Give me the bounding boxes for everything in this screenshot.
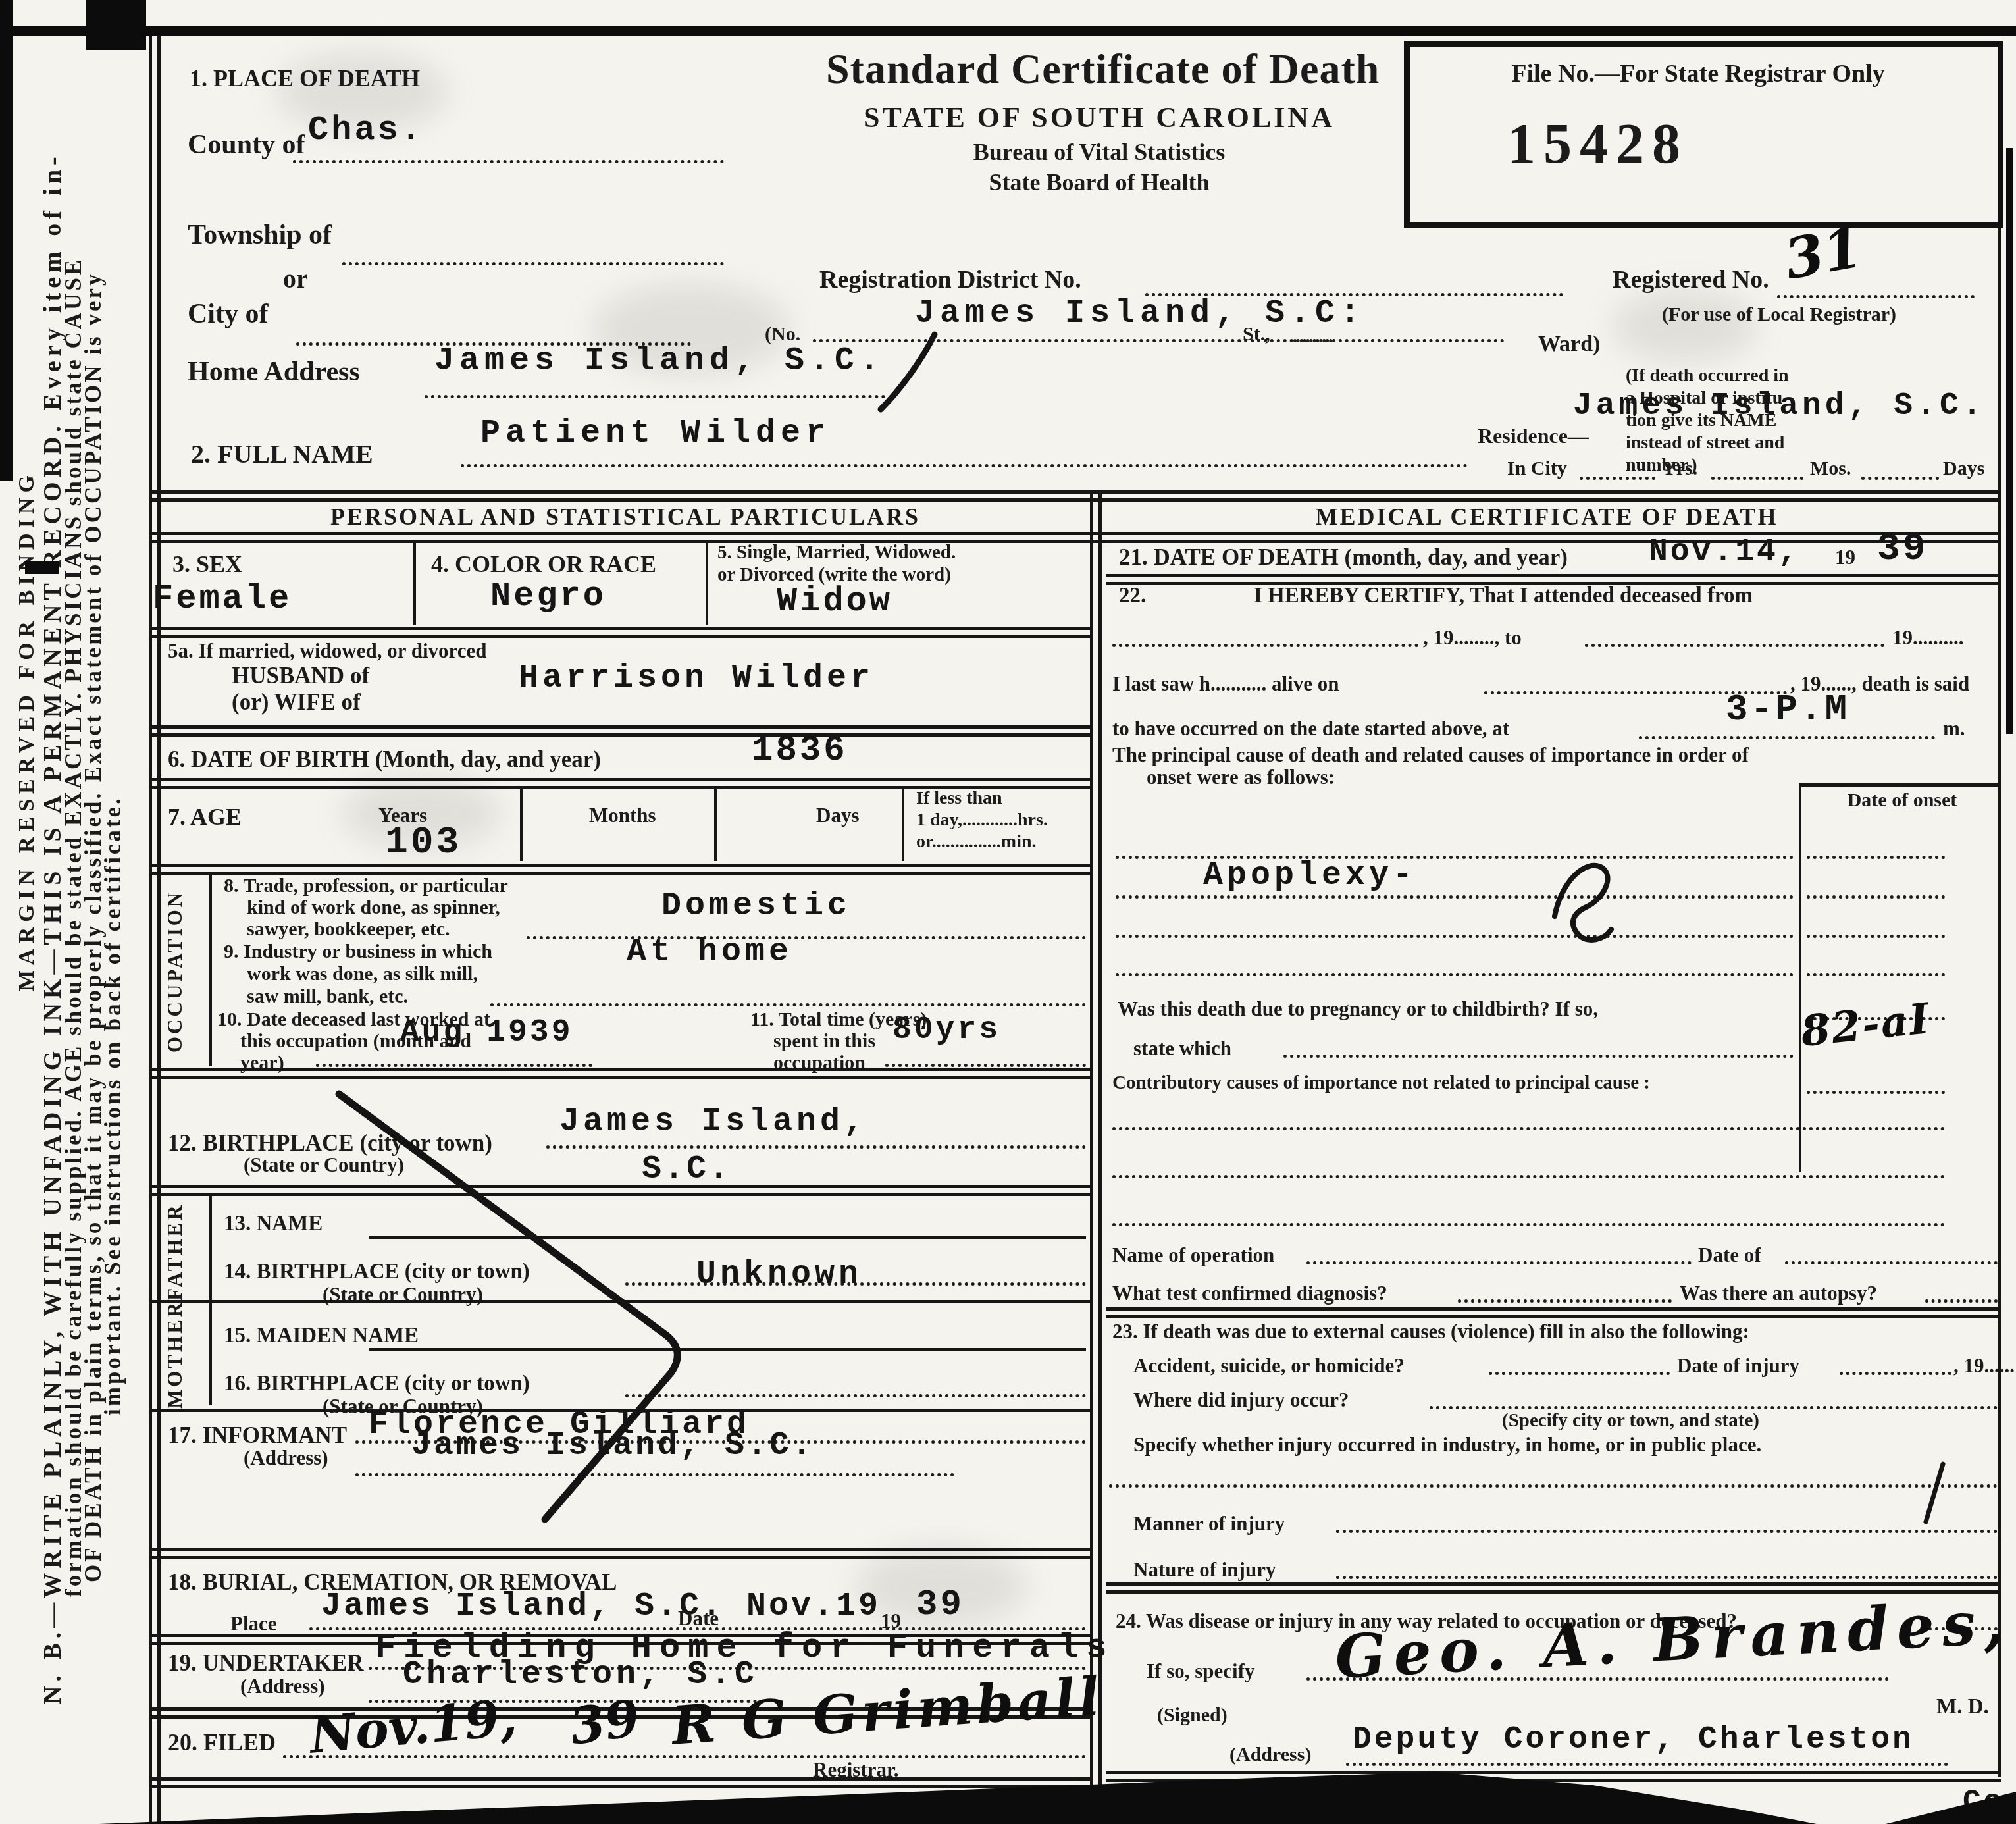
scan-left-dash [25,561,59,574]
scan-corner-blob [86,0,146,50]
scan-right-edge [2006,148,2013,734]
pen-squiggle-mark [1555,866,1611,940]
scan-bottom-right-wedge [1886,1792,2016,1824]
scan-left-edge [0,0,13,481]
pen-zigzag-mark [339,1094,677,1519]
scan-bottom-wedge [99,1772,1817,1824]
handwriting-and-scan-marks [0,0,2016,1824]
death-certificate-scan: MARGIN RESERVED FOR BINDING N. B.—WRITE … [0,0,2016,1824]
stray-pen-tick [1926,1464,1943,1522]
check-slash-mark [881,334,935,409]
scan-top-edge [0,26,2016,36]
